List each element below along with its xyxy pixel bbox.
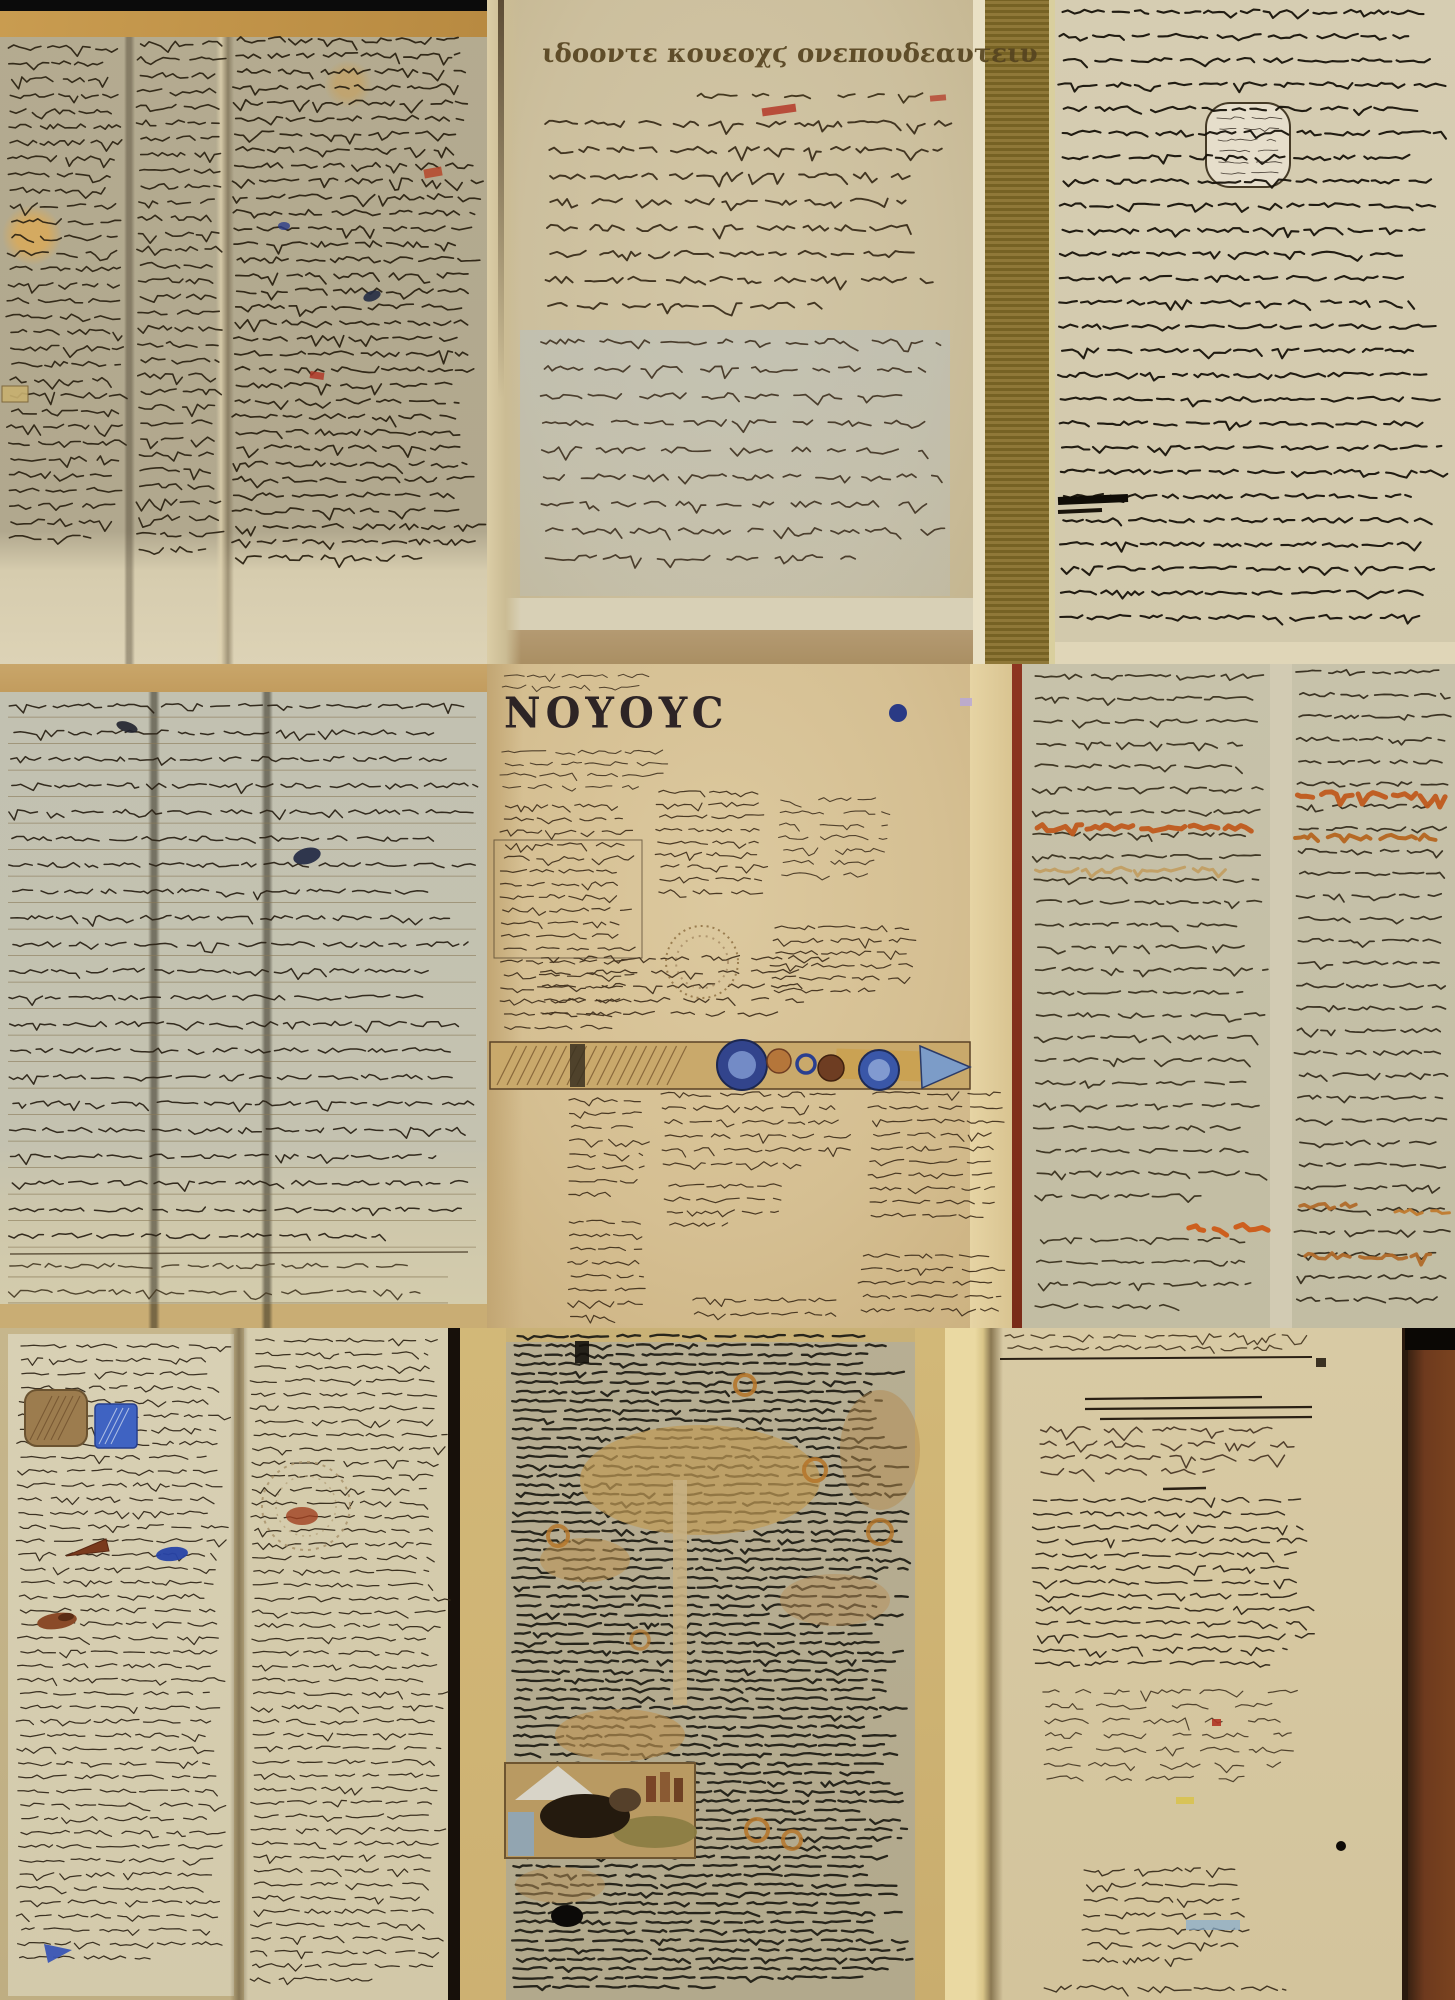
photo-bottom-left-open-book (0, 1328, 460, 2000)
manuscript-header-text: ιδοοντε κουεοχϛ ονεπουδεαυτειυ (541, 40, 1038, 69)
photo-bottom-middle-damaged-leaf (460, 1328, 945, 2000)
manuscript-title-noyoyc: NOYOYC (504, 693, 729, 735)
manuscript-photo-collage: ιδοοντε κουεοχϛ ονεπουδεαυτειυ NOYOYC (0, 0, 1455, 2000)
photo-top-middle-parchment-leaf (487, 0, 973, 664)
photo-middle-center-noyoyc-leaf (487, 664, 1012, 1328)
photo-top-left-codex-page (0, 0, 487, 664)
photo-bottom-right-codex-board (945, 1328, 1455, 2000)
photo-top-right-dense-script-page (973, 0, 1455, 664)
photo-middle-left-ruled-parchment (0, 664, 487, 1328)
photo-middle-right-two-column-page (1012, 664, 1455, 1328)
